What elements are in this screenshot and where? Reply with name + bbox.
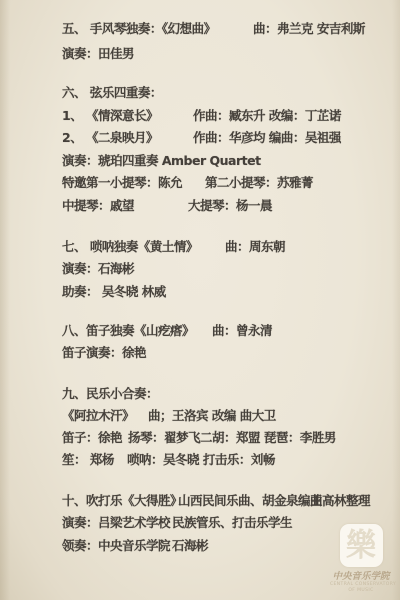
program-text-segment: 作曲：臧东升 改编：丁芷诺 bbox=[193, 106, 341, 124]
program-text-segment: 二胡：郑盟 琵琶：李胜男 bbox=[200, 428, 336, 446]
seal-music-glyph: 樂 bbox=[346, 530, 376, 562]
program-line: 七、 唢呐独奏《黄土情》曲：周东朝 bbox=[0, 237, 400, 253]
program-text-segment: 演奏：吕梁艺术学校 bbox=[62, 513, 170, 531]
program-line: 演奏：田佳男 bbox=[0, 44, 400, 60]
program-text-segment: 2、 《二泉映月》 bbox=[62, 128, 158, 146]
watermark-caption-line2: OF MUSIC bbox=[330, 588, 392, 594]
program-text-segment: 笛子：徐艳 bbox=[62, 428, 122, 446]
program-text-segment: 七、 唢呐独奏《黄土情》 bbox=[62, 237, 198, 255]
program-text-segment: 八、笛子独奏《山疙瘩》 bbox=[62, 321, 194, 339]
program-text-segment: 五、 手风琴独奏：《幻想曲》 bbox=[62, 19, 216, 37]
school-seal-icon: 樂 bbox=[340, 524, 383, 567]
program-line: 演奏：琥珀四重奏 Amber Quartet bbox=[0, 151, 400, 167]
program-text-segment: 中提琴：戚望 bbox=[62, 196, 134, 214]
program-text-segment: 唢呐：吴冬晓 打击乐：刘畅 bbox=[127, 450, 275, 468]
program-text-segment: 民族管乐、打击乐学生 bbox=[172, 513, 292, 531]
program-text-segment: 演奏：石海彬 bbox=[62, 259, 134, 277]
program-text-segment: 《阿拉木汗》 bbox=[62, 406, 134, 424]
program-text-segment: 演奏：琥珀四重奏 Amber Quartet bbox=[62, 151, 261, 169]
program-text-segment: 1、 《情深意长》 bbox=[62, 106, 158, 124]
program-line: 笛子：徐艳扬琴：翟梦飞二胡：郑盟 琵琶：李胜男 bbox=[0, 428, 400, 444]
program-text-segment: 十、吹打乐《大得胜》 bbox=[62, 491, 182, 509]
program-line: 特邀第一小提琴：陈允第二小提琴：苏雅菁 bbox=[0, 173, 400, 189]
program-line: 2、 《二泉映月》作曲：华彦均 编曲：吴祖强 bbox=[0, 128, 400, 144]
program-text-segment: 王高林整理 bbox=[310, 491, 370, 509]
program-text-segment: 曲：曾永清 bbox=[212, 321, 272, 339]
program-line: 笛子演奏：徐艳 bbox=[0, 343, 400, 359]
program-text-segment: 演奏：田佳男 bbox=[62, 44, 134, 62]
program-text-segment: 曲：周东朝 bbox=[225, 237, 285, 255]
program-text-segment: 曲；王洛宾 改编 曲大卫 bbox=[148, 406, 276, 424]
program-line: 八、笛子独奏《山疙瘩》曲：曾永清 bbox=[0, 321, 400, 337]
program-text-segment: 扬琴：翟梦飞 bbox=[128, 428, 200, 446]
program-line: 五、 手风琴独奏：《幻想曲》曲：弗兰克 安吉利斯 bbox=[0, 19, 400, 35]
program-text-segment: 笛子演奏：徐艳 bbox=[62, 343, 146, 361]
program-text-segment: 石海彬 bbox=[172, 536, 208, 554]
program-line: 九、民乐小合奏： bbox=[0, 384, 400, 400]
program-line: 十、吹打乐《大得胜》山西民间乐曲、胡金泉编曲王高林整理 bbox=[0, 491, 400, 507]
program-line: 中提琴：戚望大提琴：杨一晨 bbox=[0, 196, 400, 212]
program-line: 《阿拉木汗》曲；王洛宾 改编 曲大卫 bbox=[0, 406, 400, 422]
program-text-segment: 大提琴：杨一晨 bbox=[188, 196, 272, 214]
program-text-segment: 作曲：华彦均 编曲：吴祖强 bbox=[193, 128, 341, 146]
program-line: 助奏： 吴冬晓 林威 bbox=[0, 282, 400, 298]
program-page: 五、 手风琴独奏：《幻想曲》曲：弗兰克 安吉利斯演奏：田佳男六、 弦乐四重奏：1… bbox=[0, 0, 400, 600]
program-lines: 五、 手风琴独奏：《幻想曲》曲：弗兰克 安吉利斯演奏：田佳男六、 弦乐四重奏：1… bbox=[0, 0, 400, 600]
program-text-segment: 领奏：中央音乐学院 bbox=[62, 536, 170, 554]
program-text-segment: 山西民间乐曲、胡金泉编曲 bbox=[178, 491, 322, 509]
program-text-segment: 六、 弦乐四重奏： bbox=[62, 83, 162, 101]
program-text-segment: 九、民乐小合奏： bbox=[62, 384, 158, 402]
program-text-segment: 曲：弗兰克 安吉利斯 bbox=[253, 19, 365, 37]
program-text-segment: 第二小提琴：苏雅菁 bbox=[205, 173, 313, 191]
watermark-school-name: 中央音乐学院 bbox=[330, 572, 392, 582]
program-text-segment: 助奏： 吴冬晓 林威 bbox=[62, 282, 166, 300]
school-watermark: 樂 中央音乐学院 CENTRAL CONSERVATORY OF MUSIC bbox=[330, 524, 392, 594]
program-text-segment: 特邀第一小提琴：陈允 bbox=[62, 173, 182, 191]
program-line: 演奏：石海彬 bbox=[0, 259, 400, 275]
program-line: 六、 弦乐四重奏： bbox=[0, 83, 400, 99]
program-line: 1、 《情深意长》作曲：臧东升 改编：丁芷诺 bbox=[0, 106, 400, 122]
program-line: 笙： 郑杨唢呐：吴冬晓 打击乐：刘畅 bbox=[0, 450, 400, 466]
program-text-segment: 笙： 郑杨 bbox=[62, 450, 114, 468]
